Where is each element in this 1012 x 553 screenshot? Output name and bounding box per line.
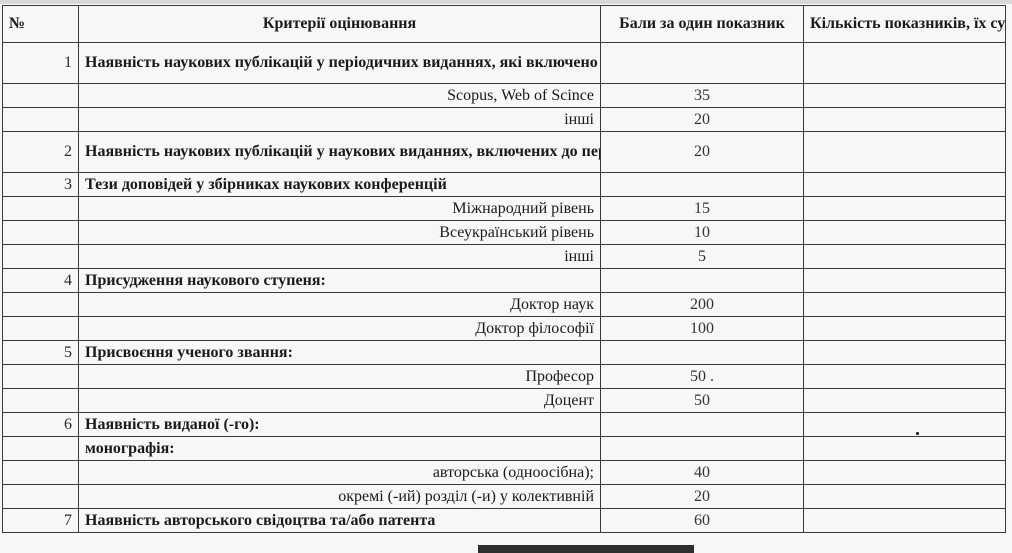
points-value [601,437,804,461]
count-sum-cell[interactable] [804,413,1006,437]
table-row: авторська (одноосібна);40 [3,461,1006,485]
criterion-subitem: Професор [79,365,601,389]
points-value [601,173,804,197]
table-row: 2Наявність наукових публікацій у наукови… [3,132,1006,173]
criterion-subitem: інші [79,108,601,132]
count-sum-cell[interactable] [804,461,1006,485]
count-sum-cell[interactable] [804,365,1006,389]
points-value: 5 [601,245,804,269]
criterion-title: Наявність авторського свідоцтва та/або п… [79,509,601,533]
points-value: 50 . [601,365,804,389]
table-row: 4Присудження наукового ступеня: [3,269,1006,293]
row-number [3,197,79,221]
count-sum-cell[interactable] [804,43,1006,84]
count-sum-cell[interactable] [804,132,1006,173]
criterion-subitem: інші [79,245,601,269]
criterion-title: Наявність наукових публікацій у періодич… [79,43,601,84]
table-row: Доктор філософії100 [3,317,1006,341]
table-row: Професор50 . [3,365,1006,389]
criterion-title: Присвоєння ученого звання: [79,341,601,365]
row-number [3,461,79,485]
points-value: 50 [601,389,804,413]
count-sum-cell[interactable] [804,509,1006,533]
row-number [3,245,79,269]
count-sum-cell[interactable] [804,269,1006,293]
criterion-title: монографія: [79,437,601,461]
table-row: Всеукраїнський рівень10 [3,221,1006,245]
points-value [601,269,804,293]
count-sum-cell[interactable] [804,341,1006,365]
table-row: 3Тези доповідей у збірниках наукових кон… [3,173,1006,197]
count-sum-cell[interactable] [804,173,1006,197]
row-number [3,317,79,341]
header-points: Бали за один показник [601,6,804,43]
count-sum-cell[interactable] [804,197,1006,221]
row-number [3,389,79,413]
row-number [3,221,79,245]
count-sum-cell[interactable] [804,293,1006,317]
evaluation-criteria-table: № Критерії оцінювання Бали за один показ… [2,5,1006,533]
row-number [3,485,79,509]
points-value: 60 [601,509,804,533]
criterion-subitem: Всеукраїнський рівень [79,221,601,245]
table-row: 5Присвоєння ученого звання: [3,341,1006,365]
points-value [601,341,804,365]
criterion-title: Тези доповідей у збірниках наукових конф… [79,173,601,197]
redaction-bar [478,545,694,553]
criterion-subitem: Scopus, Web of Scince [79,84,601,108]
points-value [601,43,804,84]
table-body: 1Наявність наукових публікацій у періоди… [3,43,1006,533]
points-value: 20 [601,132,804,173]
criterion-subitem: Доктор філософії [79,317,601,341]
header-number: № [3,6,79,43]
criterion-subitem: Доктор наук [79,293,601,317]
count-sum-cell[interactable] [804,317,1006,341]
criterion-subitem: Міжнародний рівень [79,197,601,221]
count-sum-cell[interactable] [804,84,1006,108]
table-row: інші20 [3,108,1006,132]
row-number: 2 [3,132,79,173]
row-number [3,293,79,317]
table-row: інші5 [3,245,1006,269]
row-number [3,365,79,389]
count-sum-cell[interactable] [804,245,1006,269]
row-number: 3 [3,173,79,197]
row-number: 5 [3,341,79,365]
header-criteria: Критерії оцінювання [79,6,601,43]
table-row: монографія: [3,437,1006,461]
count-sum-cell[interactable] [804,221,1006,245]
row-number: 1 [3,43,79,84]
page-top-edge [0,0,1012,4]
table-row: Доцент50 [3,389,1006,413]
scan-speck [916,432,919,435]
row-number [3,437,79,461]
row-number: 4 [3,269,79,293]
criterion-title: Наявність виданої (-го): [79,413,601,437]
table-row: Міжнародний рівень15 [3,197,1006,221]
table-row: Доктор наук200 [3,293,1006,317]
points-value: 40 [601,461,804,485]
table-row: 7Наявність авторського свідоцтва та/або … [3,509,1006,533]
points-value: 20 [601,485,804,509]
points-value: 20 [601,108,804,132]
points-value: 10 [601,221,804,245]
criterion-subitem: окремі (-ий) розділ (-и) у колективній [79,485,601,509]
table-header-row: № Критерії оцінювання Бали за один показ… [3,6,1006,43]
count-sum-cell[interactable] [804,437,1006,461]
points-value: 100 [601,317,804,341]
points-value [601,413,804,437]
table-row: Scopus, Web of Scince35 [3,84,1006,108]
criterion-title: Наявність наукових публікацій у наукових… [79,132,601,173]
table-row: окремі (-ий) розділ (-и) у колективній20 [3,485,1006,509]
count-sum-cell[interactable] [804,389,1006,413]
table-row: 1Наявність наукових публікацій у періоди… [3,43,1006,84]
row-number [3,84,79,108]
criterion-title: Присудження наукового ступеня: [79,269,601,293]
count-sum-cell[interactable] [804,108,1006,132]
points-value: 200 [601,293,804,317]
table-row: 6Наявність виданої (-го): [3,413,1006,437]
row-number: 7 [3,509,79,533]
header-count-sum: Кількість показників, їх сума [804,6,1006,43]
criterion-subitem: Доцент [79,389,601,413]
row-number [3,108,79,132]
criterion-subitem: авторська (одноосібна); [79,461,601,485]
count-sum-cell[interactable] [804,485,1006,509]
row-number: 6 [3,413,79,437]
points-value: 15 [601,197,804,221]
points-value: 35 [601,84,804,108]
